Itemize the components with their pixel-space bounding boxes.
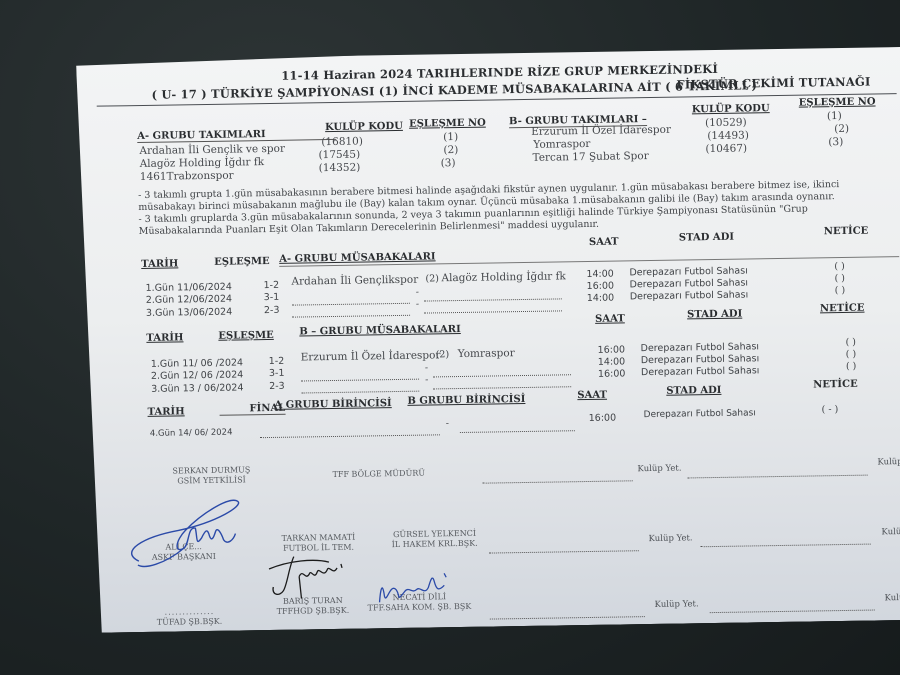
group-b-team-2-code: (14493): [707, 129, 749, 142]
club-2-field[interactable]: [701, 536, 871, 548]
match-home-team: Ardahan İli Gençlikspor: [291, 274, 418, 288]
match-separator: (2): [436, 349, 450, 360]
document-title-line2: ( U- 17 ) TÜRKİYE ŞAMPİYONASI (1) İNCİ K…: [151, 78, 757, 102]
club-rep-2-label: Kulüp Yet.: [649, 533, 693, 544]
group-a-time-header: SAAT: [589, 237, 619, 248]
group-a-team-2-no: (2): [443, 144, 458, 156]
club-3-field[interactable]: [710, 602, 875, 614]
final-a-first-header: A GRUBU BİRİNCİSİ: [274, 398, 391, 411]
group-a-code-header: KULÜP KODU: [325, 121, 403, 133]
match-stadium: Derepazarı Futbol Sahası: [641, 365, 760, 378]
match-result[interactable]: ( ): [834, 273, 845, 284]
match-separator: -: [416, 286, 419, 297]
match-time: 14:00: [586, 269, 614, 280]
signer-gsim: SERKAN DURMUŞ GSİM YETKİLİSİ: [172, 465, 250, 486]
group-b-time-header: SAAT: [595, 313, 625, 324]
club-rep-2-field[interactable]: [489, 542, 639, 553]
group-b-team-2-no: (2): [834, 123, 849, 135]
match-stadium: Derepazarı Futbol Sahası: [630, 289, 749, 302]
group-b-team-1-no: (1): [827, 110, 842, 122]
final-result[interactable]: ( - ): [822, 404, 839, 415]
group-b-date-header: TARİH: [146, 332, 183, 344]
match-day: 2.Gün 12/06/2024: [146, 294, 232, 306]
group-a-match-no-header: EŞLEŞME NO: [409, 118, 486, 130]
match-stadium: Derepazarı Futbol Sahası: [641, 341, 760, 354]
group-a-team-2-code: (17545): [318, 149, 360, 162]
signer-hakem-title: İL HAKEM KRL.BŞK.: [392, 539, 478, 550]
match-separator: -: [416, 299, 419, 310]
group-b-result-header: NETİCE: [820, 303, 865, 315]
club-2-label: Kulüp: [881, 527, 900, 537]
group-b-team-1-code: (10529): [705, 116, 747, 129]
match-away-team: Alagöz Holding İğdır fk: [441, 270, 566, 284]
match-day: 3.Gün 13/06/2024: [146, 306, 232, 318]
final-time: 16:00: [589, 413, 617, 424]
group-a-result-header: NETİCE: [824, 226, 869, 238]
group-a-team-1-code: (16810): [321, 136, 363, 149]
match-time: 14:00: [587, 293, 615, 304]
group-b-team-2: Yomraspor: [533, 138, 590, 151]
group-a-teams-header: A- GRUBU TAKIMLARI: [137, 128, 336, 143]
match-stadium: Derepazarı Futbol Sahası: [641, 353, 760, 366]
match-day: 2.Gün 12/ 06 /2024: [151, 370, 243, 382]
match-pairing: 1-2: [269, 356, 285, 367]
group-b-match-no-header: EŞLEŞME NO: [799, 96, 876, 108]
match-pairing: 2-3: [269, 380, 285, 391]
club-rep-1-label: Kulüp Yet.: [637, 464, 681, 475]
final-stadium: Derepazarı Futbol Sahası: [644, 408, 756, 420]
signature-saha-kom-icon: [374, 567, 465, 608]
club-rep-3-label: Kulüp Yet.: [655, 599, 699, 610]
club-rep-1-field[interactable]: [483, 472, 633, 483]
group-a-team-1: Ardahan İli Gençlik ve spor: [139, 143, 285, 157]
match-away-team: Yomraspor: [458, 347, 515, 360]
final-date-header: TARİH: [147, 406, 184, 418]
match-result[interactable]: ( ): [835, 285, 846, 296]
club-rep-3-field[interactable]: [490, 608, 645, 619]
group-a-match-rows: 1.Gün 11/06/20241-2Ardahan İli Gençliksp…: [76, 47, 900, 60]
final-sep: -: [446, 418, 449, 429]
signer-tff-bolge-title: TFF BÖLGE MÜDÜRÜ: [332, 469, 425, 480]
match-time: 14:00: [598, 356, 626, 367]
match-stadium: Derepazarı Futbol Sahası: [629, 265, 748, 278]
match-pairing: 2-3: [264, 304, 280, 315]
group-a-team-2: Alagöz Holding İğdır fk: [140, 156, 265, 170]
match-away-field[interactable]: [424, 302, 562, 313]
match-separator: -: [425, 362, 428, 373]
signature-futbol-il-icon: [259, 546, 360, 608]
match-time: 16:00: [598, 368, 626, 379]
club-1-field[interactable]: [688, 467, 868, 479]
group-b-pairing-header: EŞLEŞME: [218, 330, 274, 342]
final-b-first-field[interactable]: [460, 422, 575, 433]
group-b-team-3: Tercan 17 Şubat Spor: [532, 150, 648, 164]
match-result[interactable]: ( ): [846, 361, 857, 372]
match-away-field[interactable]: [433, 378, 571, 389]
match-day: 3.Gün 13 / 06/2024: [151, 382, 243, 394]
document-title-line2-right: FİKSTÜR ÇEKİMİ TUTANAĞI: [676, 75, 870, 92]
match-home-field[interactable]: [292, 307, 410, 318]
match-home-team: Erzurum İl Özel İdarespor: [301, 349, 441, 363]
signature-askf-icon: [123, 497, 254, 579]
group-a-team-1-no: (1): [443, 131, 458, 143]
final-time-header: SAAT: [577, 390, 607, 401]
fixture-document: 11-14 Haziran 2024 TARIHLERINDE RİZE GRU…: [76, 47, 900, 633]
group-a-stadium-header: STAD ADI: [679, 232, 734, 244]
signer-tufad-title: TÜFAD ŞB.BŞK.: [157, 617, 223, 628]
match-time: 16:00: [587, 281, 615, 292]
final-b-first-header: B GRUBU BİRİNCİSİ: [407, 394, 525, 407]
match-result[interactable]: ( ): [845, 337, 856, 348]
group-b-stadium-header: STAD ADI: [687, 309, 742, 321]
match-separator: (2): [425, 273, 439, 284]
club-1-label: Kulüp: [877, 457, 900, 467]
club-3-label: Kulüp: [884, 593, 900, 603]
final-stadium-header: STAD ADI: [666, 385, 721, 397]
match-result[interactable]: ( ): [846, 349, 857, 360]
match-result[interactable]: ( ): [834, 261, 845, 272]
group-b-matches-title: B – GRUBU MÜSABAKALARI: [299, 324, 461, 338]
match-day: 1.Gün 11/ 06 /2024: [151, 357, 243, 369]
group-b-team-3-code: (10467): [705, 142, 747, 155]
match-home-field[interactable]: [301, 383, 419, 394]
group-b-team-1: Erzurum İl Özel İdarespor: [531, 124, 671, 138]
match-day: 1.Gün 11/06/2024: [146, 282, 232, 294]
group-a-team-3-no: (3): [441, 157, 456, 169]
group-b-code-header: KULÜP KODU: [692, 103, 770, 115]
final-day: 4.Gün 14/ 06/ 2024: [150, 428, 233, 439]
signer-hakem: GÜRSEL YELKENCİ İL HAKEM KRL.BŞK.: [391, 529, 477, 550]
match-pairing: 3-1: [269, 368, 285, 379]
signer-gsim-title: GSİM YETKİLİSİ: [173, 475, 251, 486]
group-a-pairing-header: EŞLEŞME: [214, 256, 270, 268]
match-separator: -: [425, 375, 428, 386]
signer-tffhgd-title: TFFHGD ŞB.BŞK.: [277, 606, 350, 617]
group-a-team-3: 1461Trabzonspor: [140, 170, 234, 183]
group-a-team-3-code: (14352): [319, 162, 361, 175]
group-b-team-3-no: (3): [828, 136, 843, 148]
match-stadium: Derepazarı Futbol Sahası: [630, 277, 749, 290]
group-b-match-rows: 1.Gün 11/ 06 /20241-2Erzurum İl Özel İda…: [76, 47, 900, 60]
match-time: 16:00: [598, 344, 626, 355]
match-pairing: 3-1: [264, 292, 280, 303]
group-a-date-header: TARİH: [141, 258, 178, 270]
signer-tufad: .............. TÜFAD ŞB.BŞK.: [157, 607, 223, 628]
final-result-header: NETİCE: [813, 379, 858, 391]
match-pairing: 1-2: [263, 280, 279, 291]
final-a-first-field[interactable]: [260, 426, 440, 438]
